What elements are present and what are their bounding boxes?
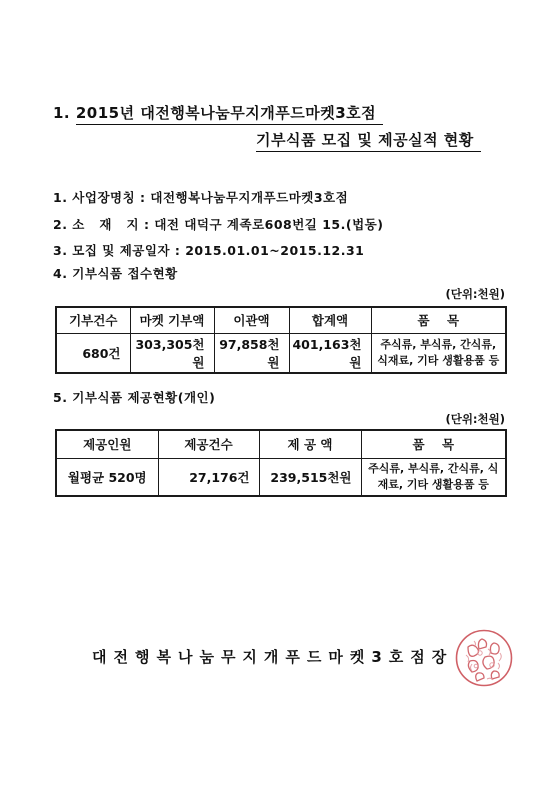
title-text-line1: 2015년 대전행복나눔무지개푸드마켓3호점 [76, 104, 383, 125]
cell-item-types: 주식류, 부식류, 간식류, 식재료, 기타 생활용품 등 [371, 333, 506, 373]
col-header-provision-count: 제공건수 [158, 430, 259, 458]
col-header-total-amount: 합계액 [289, 307, 371, 333]
donation-receipt-table: 기부건수 마켓 기부액 이관액 합계액 품 목 680건 303,305천원 9… [55, 306, 507, 374]
table-row: 월평균 520명 27,176건 239,515천원 주식류, 부식류, 간식류… [56, 458, 506, 496]
cell-item-types: 주식류, 부식류, 간식류, 식재료, 기타 생활용품 등 [361, 458, 506, 496]
col-header-donation-count: 기부건수 [56, 307, 130, 333]
col-header-item-types: 품 목 [361, 430, 506, 458]
official-seal-stamp [454, 627, 514, 689]
document-title-line1: 1. 2015년 대전행복나눔무지개푸드마켓3호점 [53, 102, 383, 123]
title-number: 1. [53, 104, 70, 122]
cell-transfer-amount: 97,858천원 [214, 333, 289, 373]
col-header-item-types: 품 목 [371, 307, 506, 333]
title-text-line2: 기부식품 모집 및 제공실적 현황 [256, 131, 481, 152]
official-seal-icon [454, 627, 514, 689]
cell-provision-count: 27,176건 [158, 458, 259, 496]
table-header-row: 제공인원 제공건수 제 공 액 품 목 [56, 430, 506, 458]
col-header-market-amount: 마켓 기부액 [130, 307, 214, 333]
cell-recipients: 월평균 520명 [56, 458, 158, 496]
col-header-provision-amount: 제 공 액 [259, 430, 361, 458]
section4-heading: 4. 기부식품 접수현황 [53, 264, 178, 282]
document-title-line2: 기부식품 모집 및 제공실적 현황 [256, 129, 481, 150]
signature-text: 대전행복나눔무지개푸드마켓3호점장 [92, 646, 453, 667]
table1-unit-label: (단위:천원) [445, 286, 505, 302]
cell-donation-count: 680건 [56, 333, 130, 373]
cell-total-amount: 401,163천원 [289, 333, 371, 373]
col-header-recipients: 제공인원 [56, 430, 158, 458]
info-item-business-name: 1. 사업장명칭 : 대전행복나눔무지개푸드마켓3호점 [53, 188, 348, 206]
info-item-address: 2. 소 재 지 : 대전 대덕구 계족로608번길 15.(법동) [53, 215, 383, 233]
provision-status-table: 제공인원 제공건수 제 공 액 품 목 월평균 520명 27,176건 239… [55, 429, 507, 497]
table2-unit-label: (단위:천원) [445, 411, 505, 427]
cell-market-amount: 303,305천원 [130, 333, 214, 373]
cell-provision-amount: 239,515천원 [259, 458, 361, 496]
section5-heading: 5. 기부식품 제공현황(개인) [53, 388, 215, 406]
table-header-row: 기부건수 마켓 기부액 이관액 합계액 품 목 [56, 307, 506, 333]
info-item-period: 3. 모집 및 제공일자 : 2015.01.01~2015.12.31 [53, 241, 364, 259]
col-header-transfer-amount: 이관액 [214, 307, 289, 333]
table-row: 680건 303,305천원 97,858천원 401,163천원 주식류, 부… [56, 333, 506, 373]
document-page: 1. 2015년 대전행복나눔무지개푸드마켓3호점 기부식품 모집 및 제공실적… [0, 0, 556, 787]
